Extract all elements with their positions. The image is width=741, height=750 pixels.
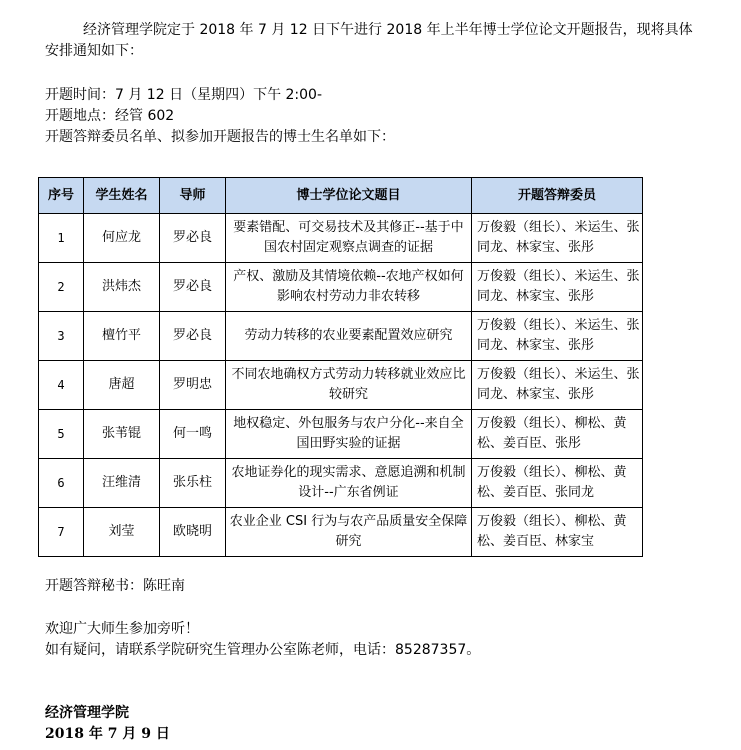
secretary-line: 开题答辩秘书：陈旺南 <box>45 577 185 595</box>
row-advisor: 张乐柱 <box>160 459 226 508</box>
table-row: 3 檀竹平 罗必良 劳动力转移的农业要素配置效应研究 万俊毅（组长）、米运生、张… <box>39 312 643 361</box>
defense-place: 开题地点：经管 602 <box>45 107 174 125</box>
list-intro: 开题答辩委员名单、拟参加开题报告的博士生名单如下： <box>45 128 395 146</box>
table-row: 5 张苇锟 何一鸣 地权稳定、外包服务与农户分化--来自全国田野实验的证据 万俊… <box>39 410 643 459</box>
row-advisor: 罗必良 <box>160 214 226 263</box>
table-row: 2 洪炜杰 罗必良 产权、激励及其情境依赖--农地产权如何影响农村劳动力非农转移… <box>39 263 643 312</box>
row-title: 劳动力转移的农业要素配置效应研究 <box>226 312 472 361</box>
row-no: 7 <box>39 508 84 557</box>
row-title: 不同农地确权方式劳动力转移就业效应比较研究 <box>226 361 472 410</box>
table-row: 4 唐超 罗明忠 不同农地确权方式劳动力转移就业效应比较研究 万俊毅（组长）、米… <box>39 361 643 410</box>
row-advisor: 何一鸣 <box>160 410 226 459</box>
header-advisor: 导师 <box>160 178 226 214</box>
header-committee: 开题答辩委员 <box>472 178 643 214</box>
row-no: 4 <box>39 361 84 410</box>
row-advisor: 罗必良 <box>160 312 226 361</box>
row-committee: 万俊毅（组长）、柳松、黄松、姜百臣、张同龙 <box>472 459 643 508</box>
row-committee: 万俊毅（组长）、米运生、张同龙、林家宝、张彤 <box>472 214 643 263</box>
row-advisor: 罗必良 <box>160 263 226 312</box>
table-header-row: 序号 学生姓名 导师 博士学位论文题目 开题答辩委员 <box>39 178 643 214</box>
row-committee: 万俊毅（组长）、米运生、张同龙、林家宝、张彤 <box>472 263 643 312</box>
row-student: 檀竹平 <box>84 312 160 361</box>
signature-org: 经济管理学院 <box>45 704 129 722</box>
row-student: 何应龙 <box>84 214 160 263</box>
row-committee: 万俊毅（组长）、柳松、黄松、姜百臣、张彤 <box>472 410 643 459</box>
table-row: 7 刘莹 欧晓明 农业企业 CSI 行为与农产品质量安全保障研究 万俊毅（组长）… <box>39 508 643 557</box>
row-advisor: 欧晓明 <box>160 508 226 557</box>
row-no: 3 <box>39 312 84 361</box>
table-row: 6 汪维清 张乐柱 农地证券化的现实需求、意愿追溯和机制设计--广东省例证 万俊… <box>39 459 643 508</box>
contact-line: 如有疑问，请联系学院研究生管理办公室陈老师，电话：85287357。 <box>45 641 480 659</box>
row-title: 农地证券化的现实需求、意愿追溯和机制设计--广东省例证 <box>226 459 472 508</box>
row-title: 要素错配、可交易技术及其修正--基于中国农村固定观察点调查的证据 <box>226 214 472 263</box>
header-student: 学生姓名 <box>84 178 160 214</box>
row-no: 2 <box>39 263 84 312</box>
welcome-line: 欢迎广大师生参加旁听！ <box>45 620 199 638</box>
row-no: 5 <box>39 410 84 459</box>
row-student: 唐超 <box>84 361 160 410</box>
row-advisor: 罗明忠 <box>160 361 226 410</box>
row-title: 产权、激励及其情境依赖--农地产权如何影响农村劳动力非农转移 <box>226 263 472 312</box>
row-committee: 万俊毅（组长）、米运生、张同龙、林家宝、张彤 <box>472 361 643 410</box>
row-committee: 万俊毅（组长）、米运生、张同龙、林家宝、张彤 <box>472 312 643 361</box>
row-student: 汪维清 <box>84 459 160 508</box>
header-no: 序号 <box>39 178 84 214</box>
row-no: 1 <box>39 214 84 263</box>
intro-paragraph: 经济管理学院定于 2018 年 7 月 12 日下午进行 2018 年上半年博士… <box>45 20 705 62</box>
row-committee: 万俊毅（组长）、柳松、黄松、姜百臣、林家宝 <box>472 508 643 557</box>
row-title: 地权稳定、外包服务与农户分化--来自全国田野实验的证据 <box>226 410 472 459</box>
row-student: 张苇锟 <box>84 410 160 459</box>
row-student: 洪炜杰 <box>84 263 160 312</box>
row-title: 农业企业 CSI 行为与农产品质量安全保障研究 <box>226 508 472 557</box>
row-student: 刘莹 <box>84 508 160 557</box>
schedule-table: 序号 学生姓名 导师 博士学位论文题目 开题答辩委员 1 何应龙 罗必良 要素错… <box>38 177 643 557</box>
header-title: 博士学位论文题目 <box>226 178 472 214</box>
signature-date: 2018 年 7 月 9 日 <box>45 725 170 743</box>
table-row: 1 何应龙 罗必良 要素错配、可交易技术及其修正--基于中国农村固定观察点调查的… <box>39 214 643 263</box>
row-no: 6 <box>39 459 84 508</box>
defense-time: 开题时间：7 月 12 日（星期四）下午 2:00- <box>45 86 322 104</box>
